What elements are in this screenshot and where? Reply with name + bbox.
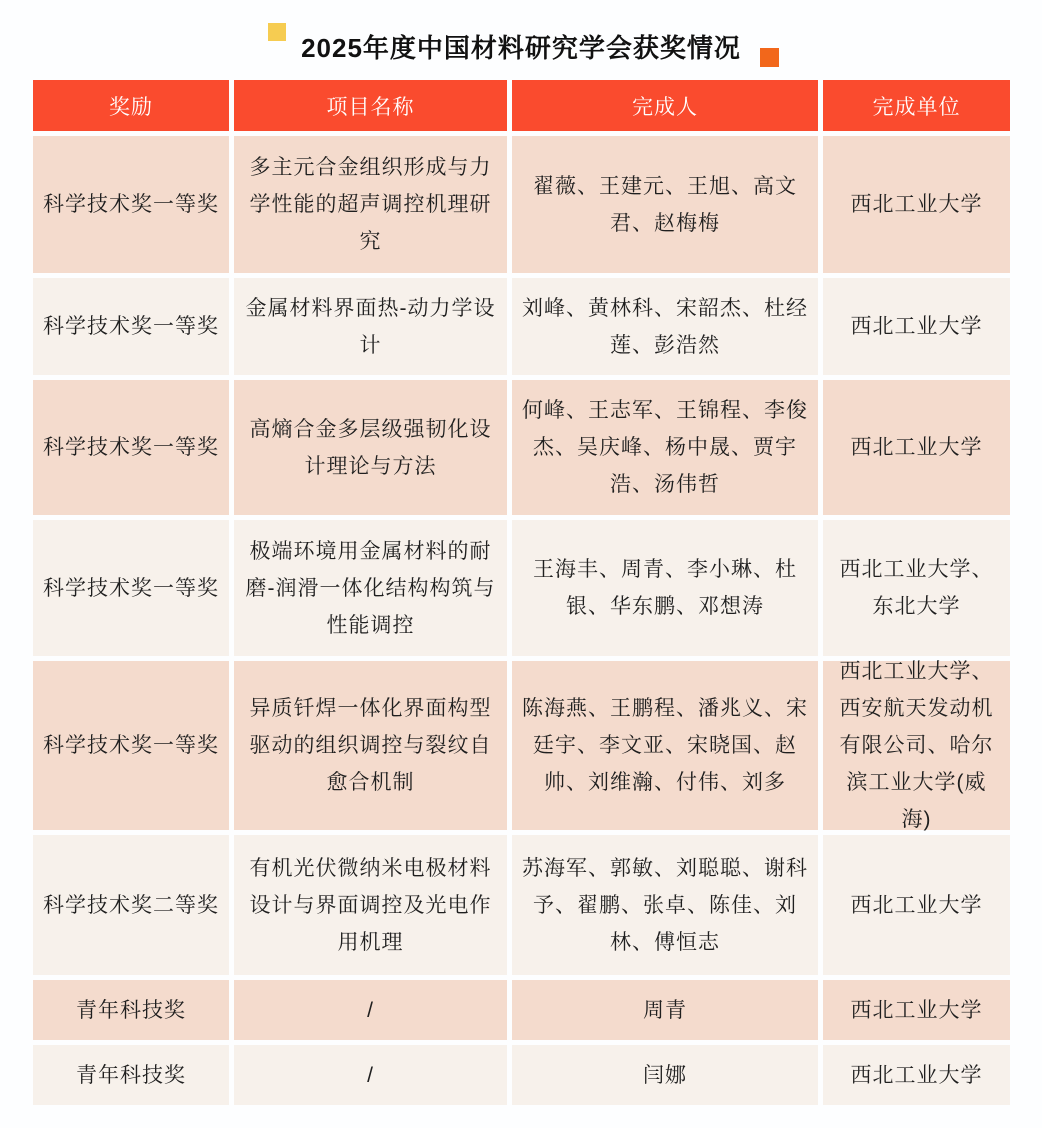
cell-project: 高熵合金多层级强韧化设计理论与方法 (234, 380, 507, 515)
header-cell-award: 奖励 (33, 80, 229, 131)
cell-org: 西北工业大学 (823, 136, 1010, 273)
header-cell-org: 完成单位 (823, 80, 1010, 131)
cell-org: 西北工业大学 (823, 1045, 1010, 1105)
orange-square-decoration (760, 48, 779, 67)
cell-award: 科学技术奖一等奖 (33, 520, 229, 656)
cell-org: 西北工业大学、东北大学 (823, 520, 1010, 656)
cell-people: 刘峰、黄林科、宋韶杰、杜经莲、彭浩然 (512, 278, 818, 375)
cell-people: 翟薇、王建元、王旭、高文君、赵梅梅 (512, 136, 818, 273)
cell-project: / (234, 980, 507, 1040)
cell-project: 极端环境用金属材料的耐磨-润滑一体化结构构筑与性能调控 (234, 520, 507, 656)
cell-award: 科学技术奖二等奖 (33, 835, 229, 975)
cell-project: 有机光伏微纳米电极材料设计与界面调控及光电作用机理 (234, 835, 507, 975)
cell-people: 闫娜 (512, 1045, 818, 1105)
cell-org: 西北工业大学、西安航天发动机有限公司、哈尔滨工业大学(威海) (823, 661, 1010, 830)
cell-org: 西北工业大学 (823, 380, 1010, 515)
cell-award: 科学技术奖一等奖 (33, 661, 229, 830)
cell-org: 西北工业大学 (823, 980, 1010, 1040)
page-title: 2025年度中国材料研究学会获奖情况 (0, 28, 1042, 65)
cell-people: 苏海军、郭敏、刘聪聪、谢科予、翟鹏、张卓、陈佳、刘林、傅恒志 (512, 835, 818, 975)
cell-people: 何峰、王志军、王锦程、李俊杰、吴庆峰、杨中晟、贾宇浩、汤伟哲 (512, 380, 818, 515)
header-cell-project: 项目名称 (234, 80, 507, 131)
awards-table: 奖励 项目名称 完成人 完成单位 科学技术奖一等奖 多主元合金组织形成与力学性能… (33, 80, 1010, 1105)
cell-project: 金属材料界面热-动力学设计 (234, 278, 507, 375)
header-cell-people: 完成人 (512, 80, 818, 131)
cell-award: 科学技术奖一等奖 (33, 136, 229, 273)
cell-project: / (234, 1045, 507, 1105)
cell-award: 科学技术奖一等奖 (33, 278, 229, 375)
cell-project: 多主元合金组织形成与力学性能的超声调控机理研究 (234, 136, 507, 273)
cell-award: 科学技术奖一等奖 (33, 380, 229, 515)
cell-project: 异质钎焊一体化界面构型驱动的组织调控与裂纹自愈合机制 (234, 661, 507, 830)
cell-people: 王海丰、周青、李小琳、杜银、华东鹏、邓想涛 (512, 520, 818, 656)
cell-award: 青年科技奖 (33, 1045, 229, 1105)
cell-org: 西北工业大学 (823, 278, 1010, 375)
cell-people: 陈海燕、王鹏程、潘兆义、宋廷宇、李文亚、宋晓国、赵帅、刘维瀚、付伟、刘多 (512, 661, 818, 830)
cell-people: 周青 (512, 980, 818, 1040)
cell-award: 青年科技奖 (33, 980, 229, 1040)
cell-org: 西北工业大学 (823, 835, 1010, 975)
title-bar: 2025年度中国材料研究学会获奖情况 (0, 0, 1042, 80)
